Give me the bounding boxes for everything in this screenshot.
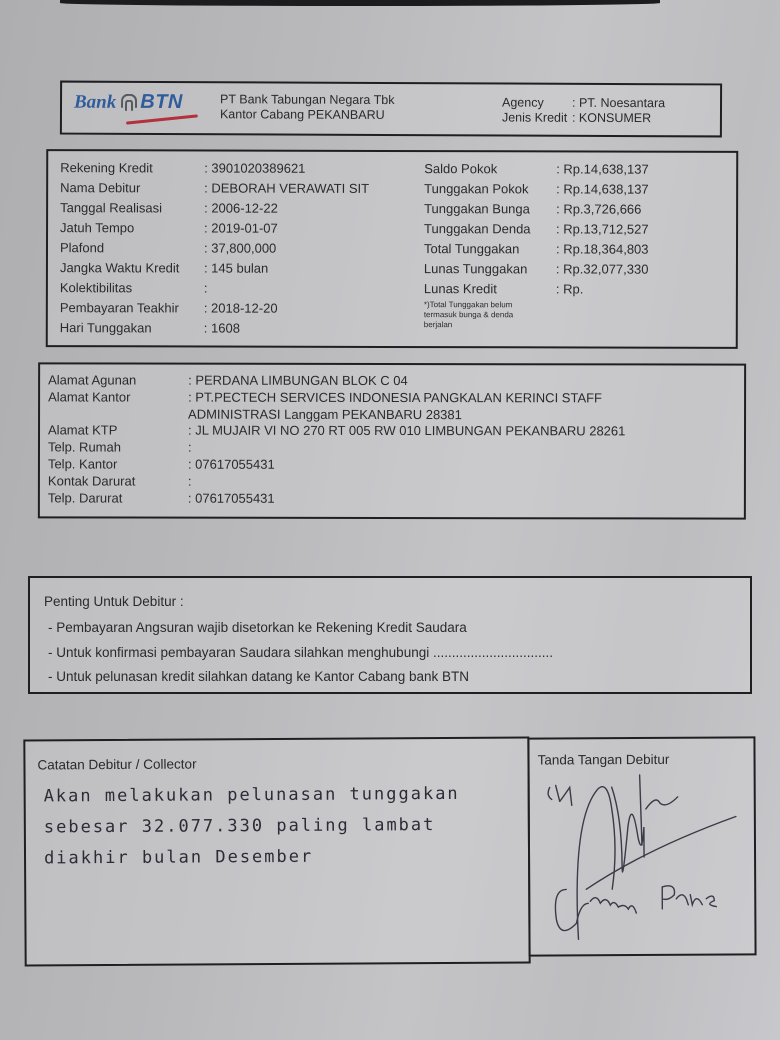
arrears-field-row: Lunas Kredit: Rp. bbox=[424, 279, 649, 300]
loan-field-value: : 1608 bbox=[204, 319, 240, 339]
debtor-signature-box: Tanda Tangan Debitur bbox=[527, 736, 756, 956]
address-list: Alamat Agunan: PERDANA LIMBUNGAN BLOK C … bbox=[48, 372, 688, 507]
arrears-field-value: : Rp.14,638,137 bbox=[556, 159, 649, 179]
loan-field-value: : 3901020389621 bbox=[204, 159, 305, 179]
address-field-row: Kontak Darurat: bbox=[48, 473, 688, 491]
arrears-field-value: : Rp.13,712,527 bbox=[556, 219, 649, 239]
loan-field-row: Hari Tunggakan: 1608 bbox=[60, 318, 369, 339]
loan-field-label: Tanggal Realisasi bbox=[60, 198, 204, 218]
notice-item: - Untuk pelunasan kredit silahkan datang… bbox=[48, 665, 553, 690]
bank-name: PT Bank Tabungan Negara Tbk bbox=[220, 92, 395, 108]
loan-field-label: Jangka Waktu Kredit bbox=[60, 258, 204, 278]
arrears-field-value: : Rp.32,077,330 bbox=[556, 259, 649, 279]
loan-field-label: Hari Tunggakan bbox=[60, 318, 204, 338]
address-field-value: : PT.PECTECH SERVICES INDONESIA PANGKALA… bbox=[188, 389, 688, 407]
arrears-field-label: Tunggakan Bunga bbox=[424, 199, 556, 219]
notice-item: - Untuk konfirmasi pembayaran Saudara si… bbox=[48, 641, 553, 666]
agency-value: : PT. Noesantara bbox=[572, 96, 665, 111]
arrears-details: Saldo Pokok: Rp.14,638,137Tunggakan Poko… bbox=[424, 159, 649, 300]
loan-field-label: Jatuh Tempo bbox=[60, 218, 204, 238]
address-field-row: Telp. Rumah: bbox=[48, 440, 688, 458]
handwritten-line: Akan melakukan pelunasan tunggakan bbox=[44, 779, 460, 813]
loan-field-row: Jangka Waktu Kredit: 145 bulan bbox=[60, 258, 369, 279]
loan-field-row: Rekening Kredit: 3901020389621 bbox=[60, 158, 369, 179]
address-field-value: ADMINISTRASI Langgam PEKANBARU 28381 bbox=[188, 406, 688, 424]
logo-brand: BTN bbox=[140, 91, 183, 114]
loan-field-label: Nama Debitur bbox=[60, 178, 204, 198]
bank-btn-logo: Bank BTN bbox=[74, 91, 183, 114]
loan-field-value: : 2019-01-07 bbox=[204, 219, 278, 239]
address-field-label: Alamat Kantor bbox=[48, 389, 188, 406]
arrears-field-label: Tunggakan Pokok bbox=[424, 179, 556, 199]
arrears-field-row: Tunggakan Denda: Rp.13,712,527 bbox=[424, 219, 649, 240]
loan-field-row: Pembayaran Teakhir: 2018-12-20 bbox=[60, 298, 369, 319]
logo-word: Bank bbox=[74, 91, 116, 113]
form-header: Bank BTN PT Bank Tabungan Negara Tbk Kan… bbox=[60, 81, 722, 138]
loan-field-value: : bbox=[204, 279, 208, 299]
arrears-field-row: Total Tunggakan: Rp.18,364,803 bbox=[424, 239, 649, 260]
loan-field-row: Tanggal Realisasi: 2006-12-22 bbox=[60, 198, 369, 219]
loan-field-row: Kolektibilitas: bbox=[60, 278, 369, 299]
arrears-field-row: Saldo Pokok: Rp.14,638,137 bbox=[424, 159, 649, 180]
arrears-field-value: : Rp.18,364,803 bbox=[556, 239, 649, 259]
house-arch-icon bbox=[120, 93, 136, 111]
arrears-field-label: Saldo Pokok bbox=[424, 159, 556, 179]
address-field-label: Telp. Kantor bbox=[48, 456, 188, 473]
arrears-field-label: Total Tunggakan bbox=[424, 239, 556, 259]
loan-field-value: : DEBORAH VERAWATI SIT bbox=[204, 179, 369, 199]
address-field-value: : PERDANA LIMBUNGAN BLOK C 04 bbox=[188, 373, 688, 391]
arrears-field-label: Lunas Kredit bbox=[424, 279, 556, 299]
loan-field-value: : 2018-12-20 bbox=[204, 299, 278, 319]
agency-info: Agency: PT. Noesantara Jenis Kredit: KON… bbox=[502, 95, 665, 126]
handwritten-line: diakhir bulan Desember bbox=[44, 841, 460, 875]
arrears-field-value: : Rp.14,638,137 bbox=[556, 179, 649, 199]
handwritten-line: sebesar 32.077.330 paling lambat bbox=[44, 810, 460, 844]
address-field-label: Alamat Agunan bbox=[48, 372, 188, 389]
address-field-label: Kontak Darurat bbox=[48, 473, 188, 490]
loan-field-label: Pembayaran Teakhir bbox=[60, 298, 204, 318]
loan-field-value: : 145 bulan bbox=[204, 259, 268, 279]
address-field-value: : 07617055431 bbox=[188, 457, 688, 475]
notice-item: - Pembayaran Angsuran wajib disetorkan k… bbox=[48, 616, 553, 641]
arrears-field-row: Tunggakan Pokok: Rp.14,638,137 bbox=[424, 179, 649, 200]
loan-field-label: Plafond bbox=[60, 238, 204, 258]
loan-field-row: Plafond: 37,800,000 bbox=[60, 238, 369, 259]
address-field-row: ADMINISTRASI Langgam PEKANBARU 28381 bbox=[48, 406, 688, 424]
notice-title: Penting Untuk Debitur : bbox=[44, 594, 184, 609]
arrears-field-label: Tunggakan Denda bbox=[424, 219, 556, 239]
address-field-row: Telp. Darurat: 07617055431 bbox=[48, 490, 688, 508]
total-arrears-footnote: *)Total Tunggakan belum termasuk bunga &… bbox=[424, 300, 544, 330]
important-notice: Penting Untuk Debitur : - Pembayaran Ang… bbox=[28, 576, 752, 694]
address-field-value: : bbox=[188, 440, 688, 458]
loan-field-label: Rekening Kredit bbox=[60, 158, 204, 178]
loan-details: Rekening Kredit: 3901020389621Nama Debit… bbox=[60, 158, 369, 339]
loan-field-value: : 2006-12-22 bbox=[204, 199, 278, 219]
logo-swoosh bbox=[126, 114, 198, 124]
notes-title: Catatan Debitur / Collector bbox=[37, 756, 196, 772]
notice-list: - Pembayaran Angsuran wajib disetorkan k… bbox=[48, 616, 553, 690]
photo-edge-shadow bbox=[60, 0, 660, 6]
address-field-value: : JL MUJAIR VI NO 270 RT 005 RW 010 LIMB… bbox=[188, 423, 688, 441]
signature-scribble-icon bbox=[529, 738, 758, 958]
address-field-label bbox=[48, 406, 188, 423]
address-field-row: Telp. Kantor: 07617055431 bbox=[48, 456, 688, 474]
address-contact-details: Alamat Agunan: PERDANA LIMBUNGAN BLOK C … bbox=[38, 362, 746, 519]
arrears-field-value: : Rp.3,726,666 bbox=[556, 199, 641, 219]
collector-notes: Catatan Debitur / Collector Akan melakuk… bbox=[23, 736, 530, 966]
handwritten-note: Akan melakukan pelunasan tunggakansebesa… bbox=[44, 779, 461, 875]
address-field-row: Alamat Kantor: PT.PECTECH SERVICES INDON… bbox=[48, 389, 688, 407]
jenis-kredit-value: : KONSUMER bbox=[572, 111, 651, 126]
address-field-row: Alamat Agunan: PERDANA LIMBUNGAN BLOK C … bbox=[48, 372, 688, 390]
address-field-value: : 07617055431 bbox=[188, 490, 688, 508]
loan-field-row: Jatuh Tempo: 2019-01-07 bbox=[60, 218, 369, 239]
arrears-field-row: Tunggakan Bunga: Rp.3,726,666 bbox=[424, 199, 649, 220]
bank-info: PT Bank Tabungan Negara Tbk Kantor Caban… bbox=[220, 92, 395, 123]
address-field-label: Telp. Darurat bbox=[48, 490, 188, 507]
agency-label: Agency bbox=[502, 95, 572, 110]
loan-field-label: Kolektibilitas bbox=[60, 278, 204, 298]
loan-field-row: Nama Debitur: DEBORAH VERAWATI SIT bbox=[60, 178, 369, 199]
address-field-value: : bbox=[188, 473, 688, 491]
arrears-field-value: : Rp. bbox=[556, 279, 584, 299]
address-field-label: Alamat KTP bbox=[48, 423, 188, 440]
address-field-label: Telp. Rumah bbox=[48, 440, 188, 457]
account-details: Rekening Kredit: 3901020389621Nama Debit… bbox=[46, 149, 739, 349]
branch-name: Kantor Cabang PEKANBARU bbox=[220, 107, 395, 123]
address-field-row: Alamat KTP: JL MUJAIR VI NO 270 RT 005 R… bbox=[48, 423, 688, 441]
jenis-kredit-label: Jenis Kredit bbox=[502, 110, 572, 125]
arrears-field-row: Lunas Tunggakan: Rp.32,077,330 bbox=[424, 259, 649, 280]
arrears-field-label: Lunas Tunggakan bbox=[424, 259, 556, 279]
loan-field-value: : 37,800,000 bbox=[204, 239, 276, 259]
